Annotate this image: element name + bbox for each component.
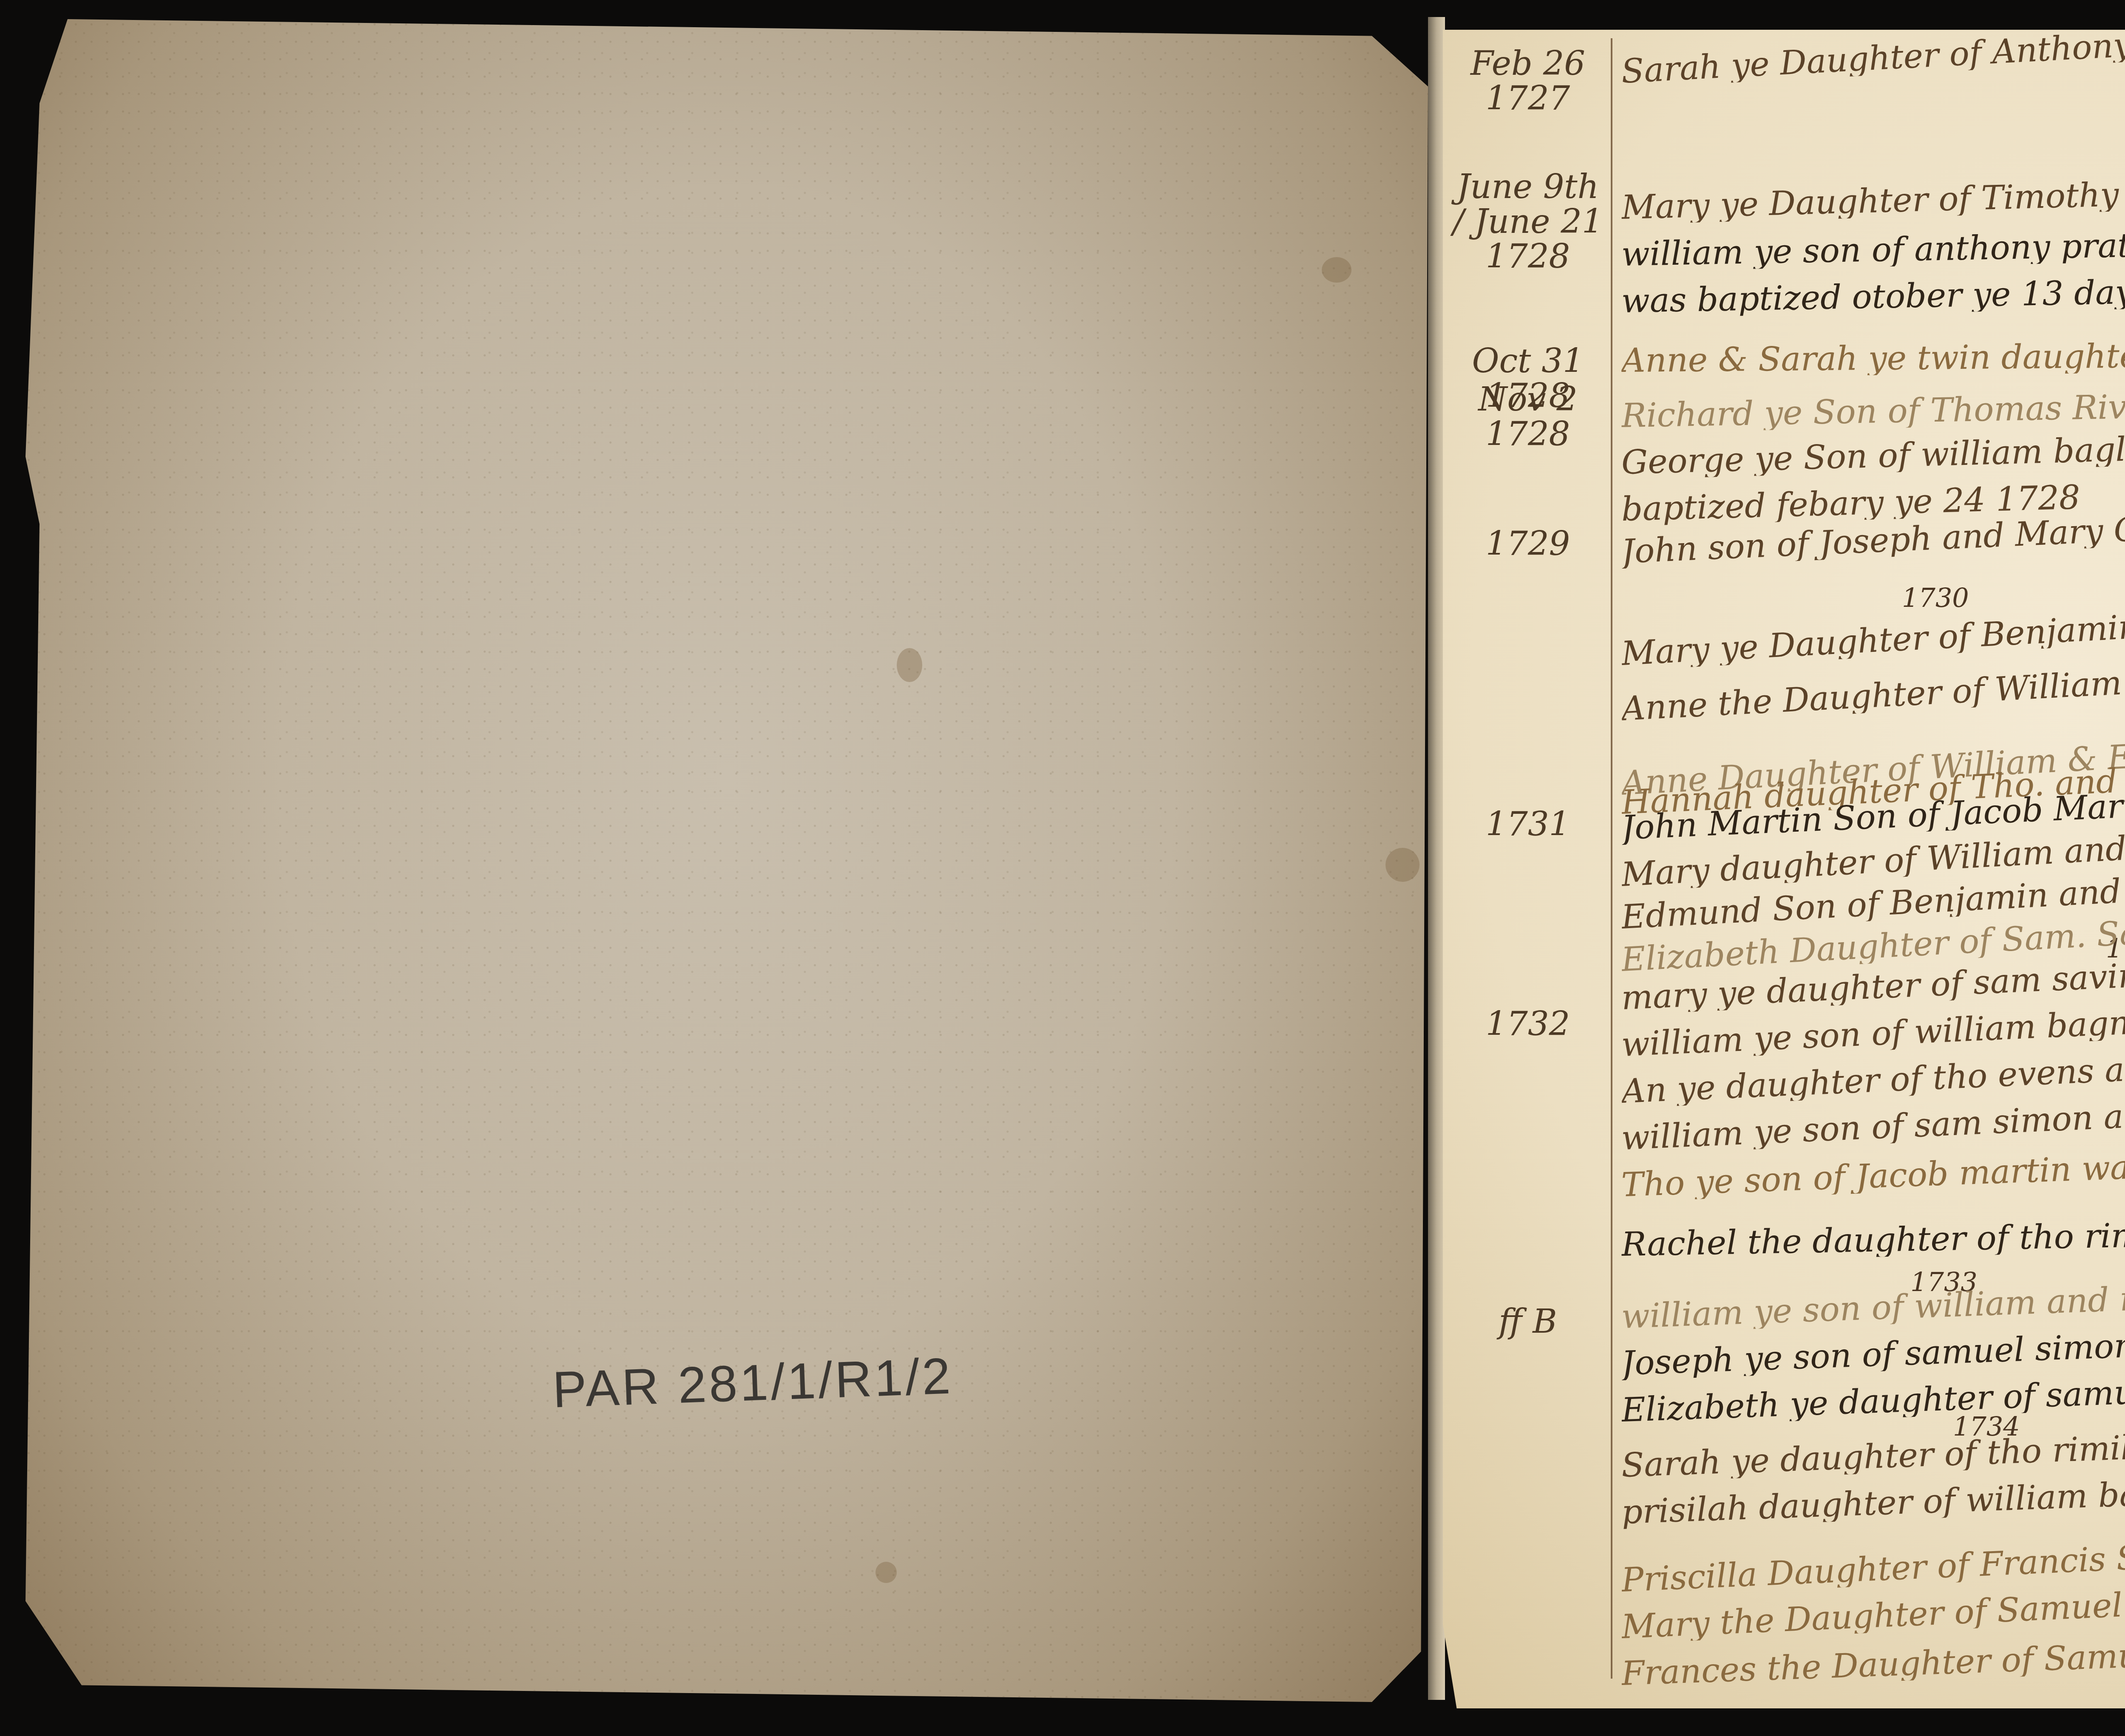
- year-heading: 1730: [1902, 582, 1969, 613]
- baptism-entry: Sarah ye Daughter of Anthony & Mary Prat…: [1621, 0, 2125, 88]
- ink-stain: [875, 1562, 897, 1583]
- margin-date: ff B: [1451, 1305, 1604, 1340]
- baptism-entry: william ye son of anthony prat and mary …: [1621, 217, 2125, 271]
- register-cover: PAR 281/1/R1/2: [25, 19, 1428, 1702]
- baptism-register-page: Feb 26 1727June 9th / June 21 1728Oct 31…: [1443, 30, 2125, 1708]
- baptism-entry: was baptized otober ye 13 day 1728: [1621, 264, 2125, 318]
- baptism-entry: Rachel the daughter of tho rimil and ann…: [1621, 1207, 2125, 1261]
- archive-reference-label: PAR 281/1/R1/2: [552, 1347, 954, 1419]
- baptism-entry: Mary ye Daughter of Timothy Poole & Sara…: [1621, 160, 2125, 224]
- baptism-entry: Mary ye Daughter of Benjamin and Mary Ca…: [1621, 576, 2125, 671]
- baptism-entry: Anne & Sarah ye twin daughters of John S…: [1621, 334, 2125, 377]
- baptism-entry: william ye son of william and mary wells…: [1621, 1259, 2125, 1334]
- baptism-entry: Richard ye Son of Thomas Rivill & Anne h…: [1621, 379, 2125, 433]
- margin-date: 1732: [1451, 1007, 1604, 1042]
- ink-stain: [1322, 257, 1351, 283]
- book-spine: [1428, 17, 1445, 1700]
- margin-date: 1731: [1451, 807, 1604, 842]
- ink-stain: [1385, 848, 1419, 882]
- margin-date: 1729: [1451, 527, 1604, 562]
- margin-date: Nov 2 1728: [1451, 382, 1604, 452]
- margin-date: Feb 26 1727: [1451, 47, 1604, 116]
- ink-stain: [897, 648, 922, 682]
- margin-date: June 9th / June 21 1728: [1451, 170, 1604, 275]
- margin-rule: [1611, 38, 1612, 1679]
